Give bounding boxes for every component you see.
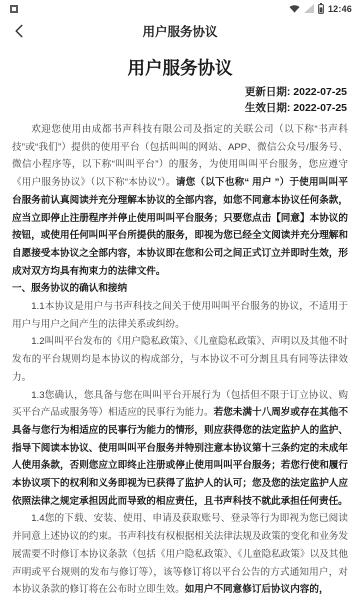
text-segment: 1.1本协议是用户与书声科技之间关于使用叫叫平台服务的协议，不适用于用户与用户之…: [12, 301, 348, 330]
agreement-body: 欢迎您使用由成都书声科技有限公司及指定的关联公司（以下称“书声科技”或“我们”）…: [0, 121, 360, 599]
status-bar-left: [8, 5, 18, 13]
agreement-paragraph: 1.4您的下载、安装、使用、申请及获取账号、登录等行为即视为您已阅读并同意上述协…: [12, 510, 348, 599]
agreement-paragraph: 欢迎您使用由成都书声科技有限公司及指定的关联公司（以下称“书声科技”或“我们”）…: [12, 121, 348, 280]
effective-date: 生效日期: 2022-07-25: [13, 101, 347, 117]
bold-text-segment: 请您（以下也称“ 用户 ”）于使用叫叫平台服务前认真阅读并充分理解本协议的全部内…: [12, 177, 348, 277]
battery-icon: [318, 3, 324, 14]
status-time: 12:46: [328, 4, 352, 14]
wifi-icon: [289, 4, 300, 13]
text-segment: 1.2叫叫平台发布的《用户隐私政策》、《儿童隐私政策》、声明以及其他不时发布的平…: [12, 336, 348, 382]
back-button[interactable]: [12, 22, 26, 41]
status-bar-right: 12:46: [289, 3, 352, 14]
date-block: 更新日期: 2022-07-25 生效日期: 2022-07-25: [0, 85, 360, 116]
chevron-left-icon: [14, 27, 24, 42]
bold-text-segment: 如用户不同意修订后协议内容的，: [185, 584, 329, 595]
agreement-paragraph: 1.2叫叫平台发布的《用户隐私政策》、《儿童隐私政策》、声明以及其他不时发布的平…: [12, 333, 348, 386]
agreement-paragraph: 1.1本协议是用户与书声科技之间关于使用叫叫平台服务的协议，不适用于用户与用户之…: [12, 298, 348, 333]
agreement-content: 用户服务协议 更新日期: 2022-07-25 生效日期: 2022-07-25…: [0, 55, 360, 599]
nav-title: 用户服务协议: [142, 22, 217, 40]
text-segment: 1.4您的下载、安装、使用、申请及获取账号、登录等行为即视为您已阅读并同意上述协…: [12, 513, 348, 595]
status-bar: 12:46: [0, 0, 360, 17]
bold-text-segment: 一、服务协议的确认和接纳: [12, 283, 127, 294]
nav-bar: 用户服务协议: [0, 17, 360, 45]
agreement-paragraph: 1.3您确认，您具备与您在叫叫平台开展行为（包括但不限于订立协议、购买平台产品或…: [12, 387, 348, 511]
section-heading: 一、服务协议的确认和接纳: [12, 280, 348, 298]
updated-date: 更新日期: 2022-07-25: [13, 85, 347, 101]
bold-text-segment: 若您未满十八周岁或存在其他不具备与您行为相适应的民事行为能力的情形，则应获得您的…: [12, 407, 348, 507]
app-screen: 12:46 用户服务协议 用户服务协议 更新日期: 2022-07-25 生效日…: [0, 0, 360, 600]
cellular-signal-icon: [304, 4, 314, 13]
app-square-icon: [10, 5, 18, 13]
document-title: 用户服务协议: [0, 55, 360, 80]
